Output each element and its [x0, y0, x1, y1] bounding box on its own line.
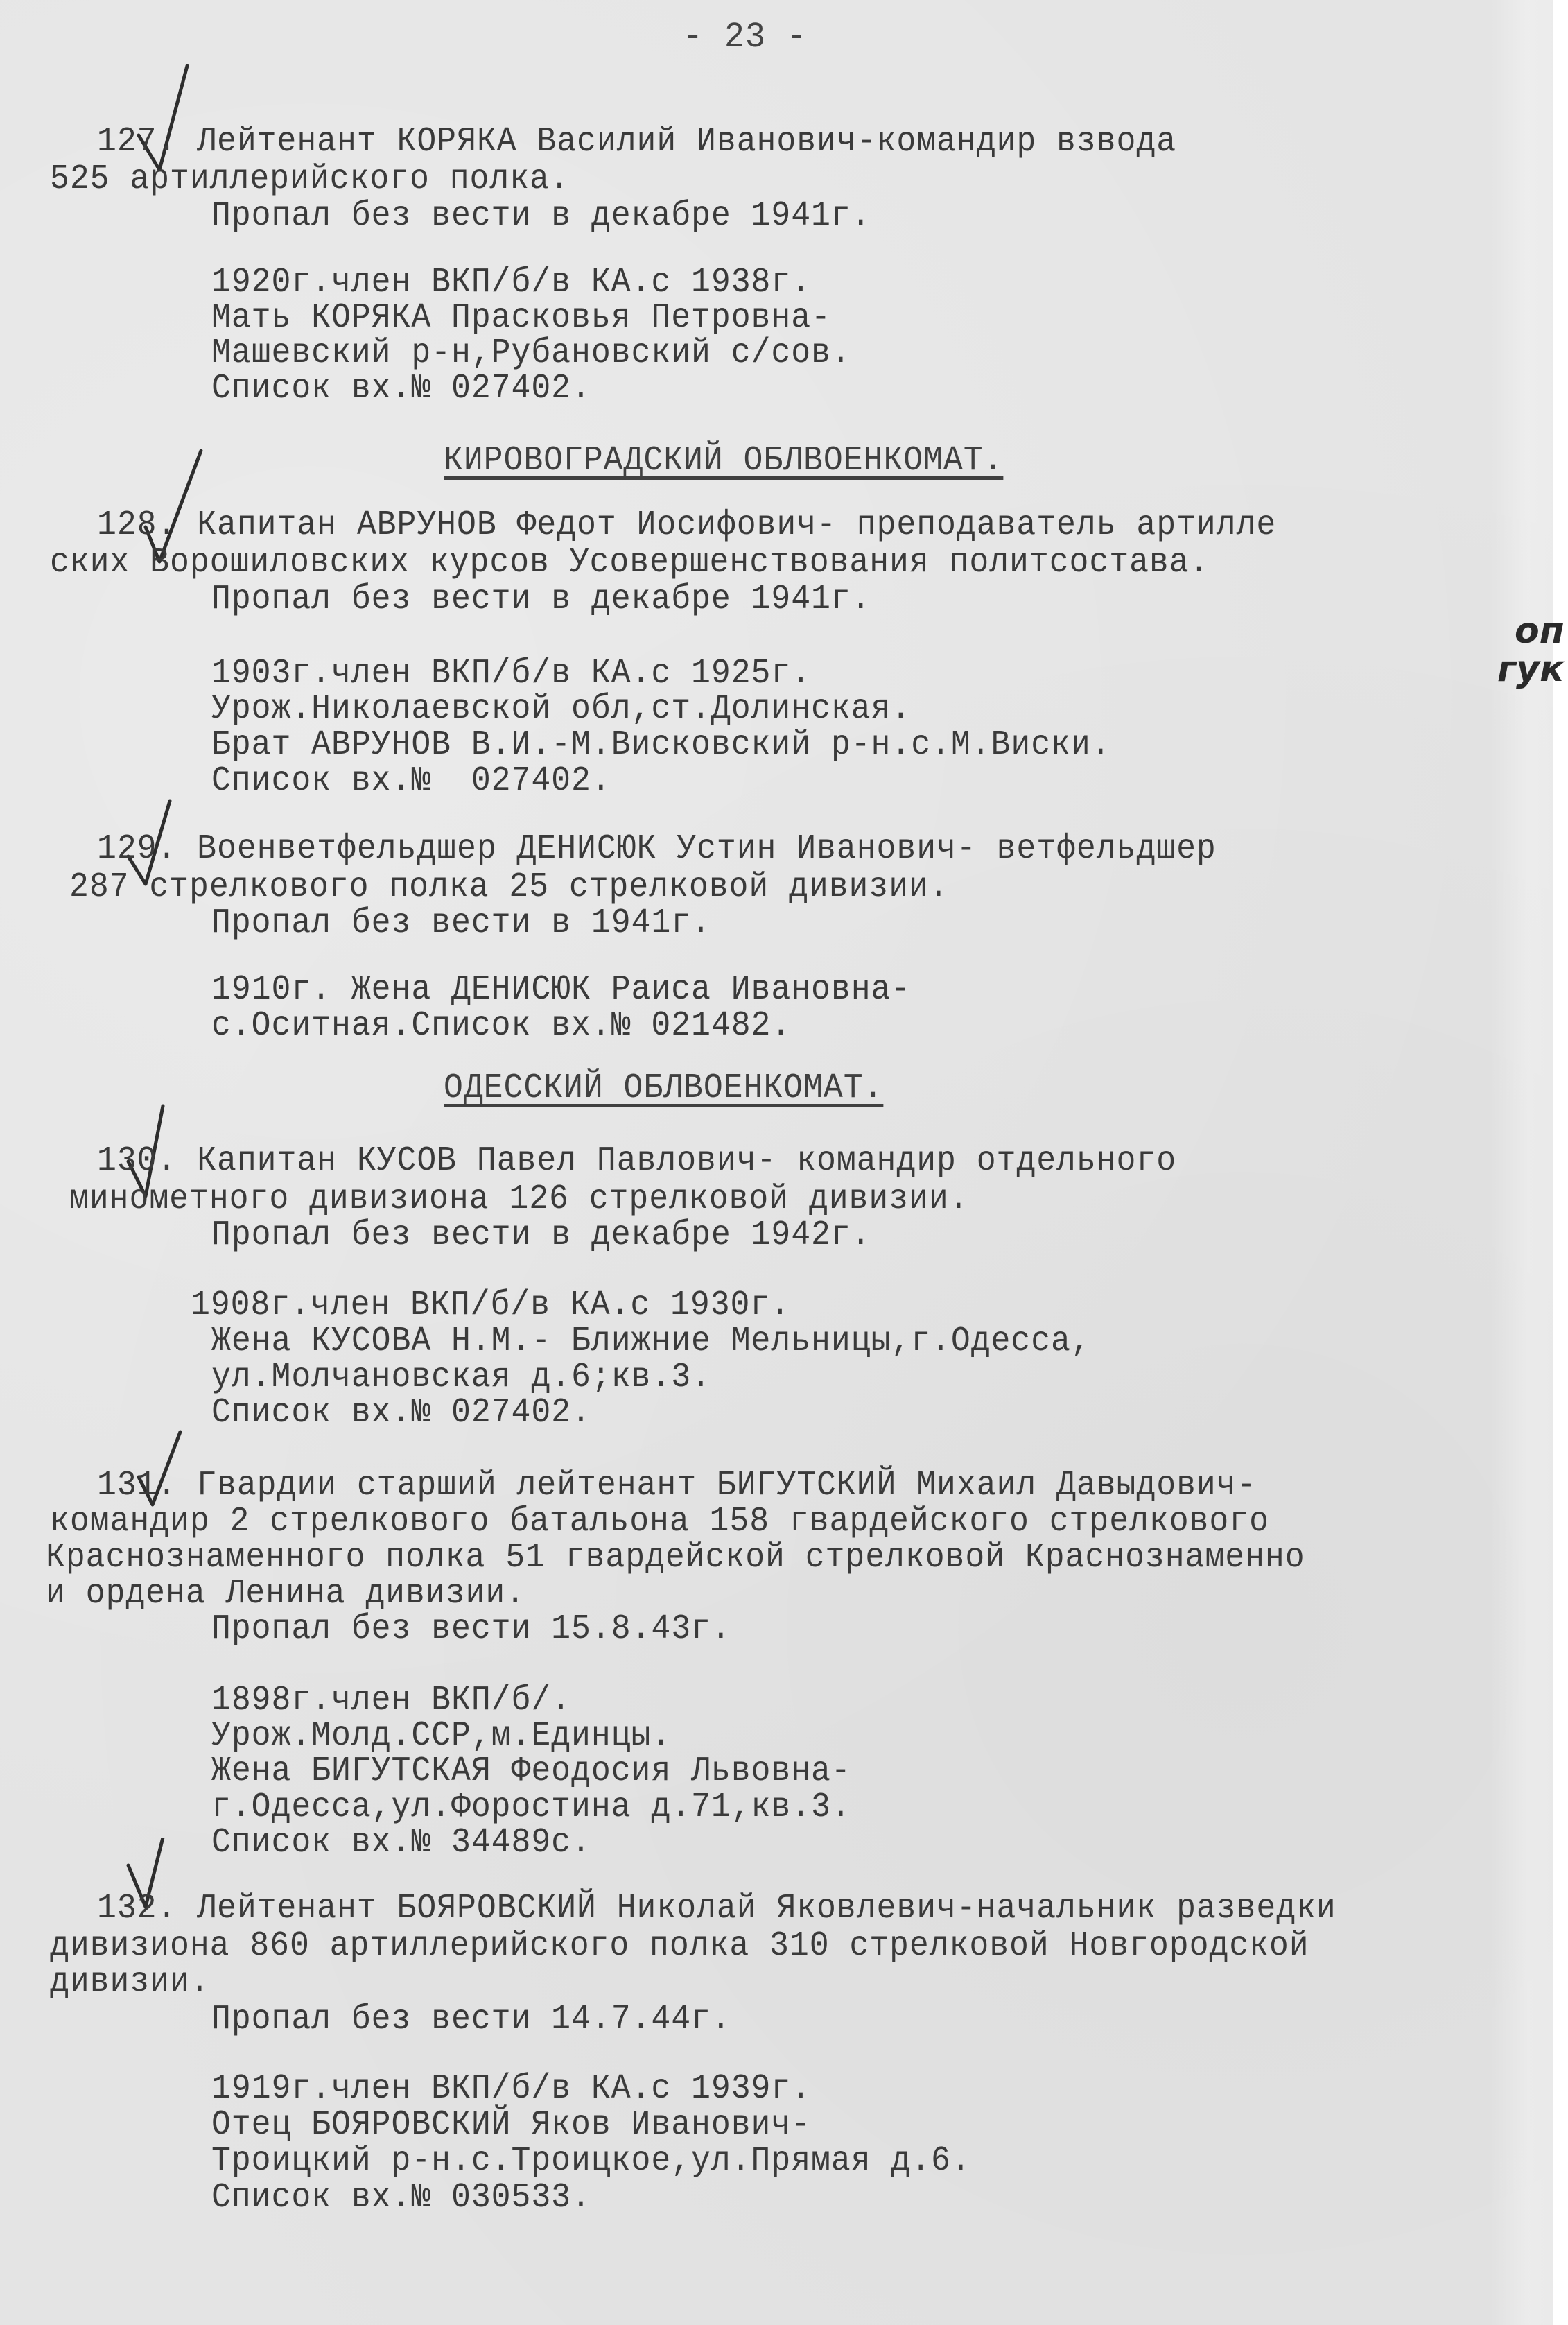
- entry-131-line-7: Урож.Молд.ССР,м.Единцы.: [211, 1719, 671, 1754]
- entry-131-line-8: Жена БИГУТСКАЯ Феодосия Львовна-: [211, 1754, 851, 1789]
- entry-130-line-4: 1908г.член ВКП/б/в КА.с 1930г.: [191, 1288, 790, 1323]
- entry-127-line-4: 1920г.член ВКП/б/в КА.с 1938г.: [211, 266, 811, 300]
- entry-130-line-2: минометного дивизиона 126 стрелковой див…: [69, 1182, 969, 1217]
- entry-130-line-7: Список вх.№ 027402.: [211, 1396, 591, 1431]
- entry-132-line-1: 132. Лейтенант БОЯРОВСКИЙ Николай Яковле…: [97, 1892, 1336, 1926]
- entry-127-line-6: Машевский р-н,Рубановский с/сов.: [211, 336, 851, 371]
- entry-129-line-4: 1910г. Жена ДЕНИСЮК Раиса Ивановна-: [211, 973, 911, 1008]
- page-fold-shadow: [1490, 0, 1553, 2325]
- entry-128-line-1: 128. Капитан АВРУНОВ Федот Иосифович- пр…: [97, 508, 1276, 543]
- entry-127-line-5: Мать КОРЯКА Прасковья Петровна-: [211, 301, 831, 336]
- entry-127-line-7: Список вх.№ 027402.: [211, 372, 591, 406]
- entry-129-missing: Пропал без вести в 1941г.: [211, 906, 711, 941]
- entry-131-line-1: 131. Гвардии старший лейтенант БИГУТСКИЙ…: [97, 1469, 1256, 1503]
- section-heading-odessa: ОДЕССКИЙ ОБЛВОЕНКОМАТ.: [444, 1071, 883, 1106]
- entry-130-missing: Пропал без вести в декабре 1942г.: [211, 1218, 871, 1253]
- entry-131-line-3: Краснознаменного полка 51 гвардейской ст…: [46, 1541, 1305, 1575]
- section-heading-kirovograd: КИРОВОГРАДСКИЙ ОБЛВОЕНКОМАТ.: [444, 444, 1003, 478]
- entry-132-line-8: Список вх.№ 030533.: [211, 2181, 591, 2215]
- entry-131-missing: Пропал без вести 15.8.43г.: [211, 1612, 731, 1647]
- entry-127-line-1: 127. Лейтенант КОРЯКА Василий Иванович-к…: [97, 125, 1176, 159]
- entry-132-missing: Пропал без вести 14.7.44г.: [211, 2003, 731, 2037]
- entry-131-line-10: Список вх.№ 34489с.: [211, 1826, 591, 1860]
- entry-129-line-1: 129. Военветфельдшер ДЕНИСЮК Устин Ивано…: [97, 832, 1217, 867]
- entry-131-line-9: г.Одесса,ул.Форостина д.71,кв.3.: [211, 1790, 851, 1825]
- entry-127-missing: Пропал без вести в декабре 1941г.: [211, 199, 871, 234]
- entry-132-line-7: Троицкий р-н.с.Троицкое,ул.Прямая д.6.: [211, 2144, 971, 2179]
- margin-note-op: оп: [1515, 610, 1565, 652]
- entry-127-line-2: 525 артиллерийского полка.: [50, 162, 570, 197]
- entry-128-line-7: Список вх.№ 027402.: [211, 764, 611, 799]
- entry-129-line-2: 287 стрелкового полка 25 стрелковой диви…: [69, 870, 949, 905]
- entry-128-line-6: Брат АВРУНОВ В.И.-М.Висковский р-н.с.М.В…: [211, 728, 1111, 763]
- entry-129-line-5: с.Оситная.Список вх.№ 021482.: [211, 1009, 791, 1044]
- entry-132-line-2: дивизиона 860 артиллерийского полка 310 …: [50, 1929, 1309, 1964]
- entry-128-missing: Пропал без вести в декабре 1941г.: [211, 582, 871, 617]
- entry-128-line-5: Урож.Николаевской обл,ст.Долинская.: [211, 692, 911, 727]
- entry-130-line-1: 130. Капитан КУСОВ Павел Павлович- коман…: [97, 1144, 1176, 1179]
- entry-131-line-2: командир 2 стрелкового батальона 158 гва…: [50, 1505, 1269, 1539]
- page-number: - 23 -: [683, 19, 808, 55]
- entry-131-line-6: 1898г.член ВКП/б/.: [211, 1684, 571, 1718]
- entry-128-line-2: ских Ворошиловских курсов Усовершенствов…: [50, 546, 1209, 580]
- document-page: - 23 - 127. Лейтенант КОРЯКА Василий Ива…: [0, 0, 1553, 2325]
- entry-130-line-6: ул.Молчановская д.6;кв.3.: [211, 1360, 711, 1395]
- margin-note-guk: гук: [1497, 648, 1564, 690]
- entry-132-line-6: Отец БОЯРОВСКИЙ Яков Иванович-: [211, 2108, 811, 2143]
- entry-128-line-4: 1903г.член ВКП/б/в КА.с 1925г.: [211, 657, 811, 691]
- entry-132-line-3: дивизии.: [50, 1965, 210, 2000]
- entry-130-line-5: Жена КУСОВА Н.М.- Ближние Мельницы,г.Оде…: [211, 1324, 1091, 1359]
- entry-131-line-4: и ордена Ленина дивизии.: [46, 1577, 525, 1611]
- entry-132-line-5: 1919г.член ВКП/б/в КА.с 1939г.: [211, 2072, 811, 2107]
